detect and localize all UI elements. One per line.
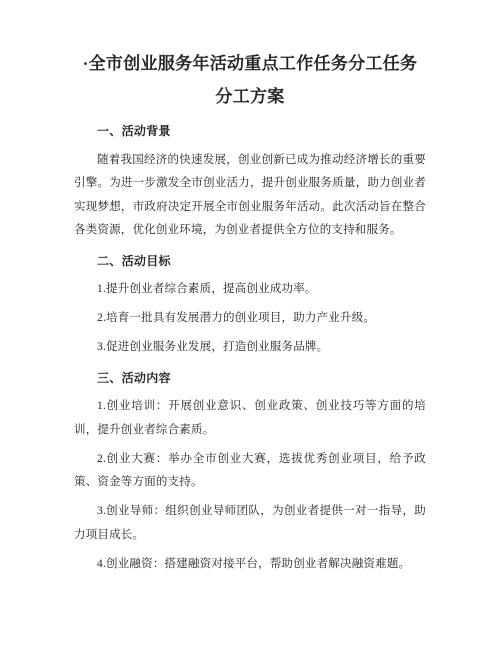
- document-title-line-1: ·全市创业服务年活动重点工作任务分工任务: [74, 47, 426, 80]
- list-item: 2.培育一批具有发展潜力的创业项目，助力产业升级。: [74, 307, 426, 331]
- section-heading-background: 一、活动背景: [74, 119, 426, 143]
- list-item: 1.提升创业者综合素质，提高创业成功率。: [74, 278, 426, 302]
- paragraph: 随着我国经济的快速发展，创业创新已成为推动经济增长的重要引擎。为进一步激发全市创…: [74, 149, 426, 243]
- list-item: 3.创业导师：组织创业导师团队，为创业者提供一对一指导，助力项目成长。: [74, 500, 426, 547]
- list-item: 4.创业融资：搭建融资对接平台，帮助创业者解决融资难题。: [74, 553, 426, 577]
- list-item: 2.创业大赛：举办全市创业大赛，选拔优秀创业项目，给予政策、资金等方面的支持。: [74, 448, 426, 495]
- document-page: ·全市创业服务年活动重点工作任务分工任务 分工方案 一、活动背景 随着我国经济的…: [0, 0, 500, 647]
- list-item: 3.促进创业服务业发展，打造创业服务品牌。: [74, 336, 426, 360]
- section-content: 三、活动内容 1.创业培训：开展创业意识、创业政策、创业技巧等方面的培训，提升创…: [74, 366, 426, 577]
- section-heading-content: 三、活动内容: [74, 366, 426, 390]
- section-background: 一、活动背景 随着我国经济的快速发展，创业创新已成为推动经济增长的重要引擎。为进…: [74, 119, 426, 243]
- section-goals: 二、活动目标 1.提升创业者综合素质，提高创业成功率。 2.培育一批具有发展潜力…: [74, 249, 426, 360]
- section-heading-goals: 二、活动目标: [74, 249, 426, 273]
- document-title-line-2: 分工方案: [74, 80, 426, 113]
- list-item: 1.创业培训：开展创业意识、创业政策、创业技巧等方面的培训，提升创业者综合素质。: [74, 395, 426, 442]
- document-title: ·全市创业服务年活动重点工作任务分工任务 分工方案: [74, 47, 426, 113]
